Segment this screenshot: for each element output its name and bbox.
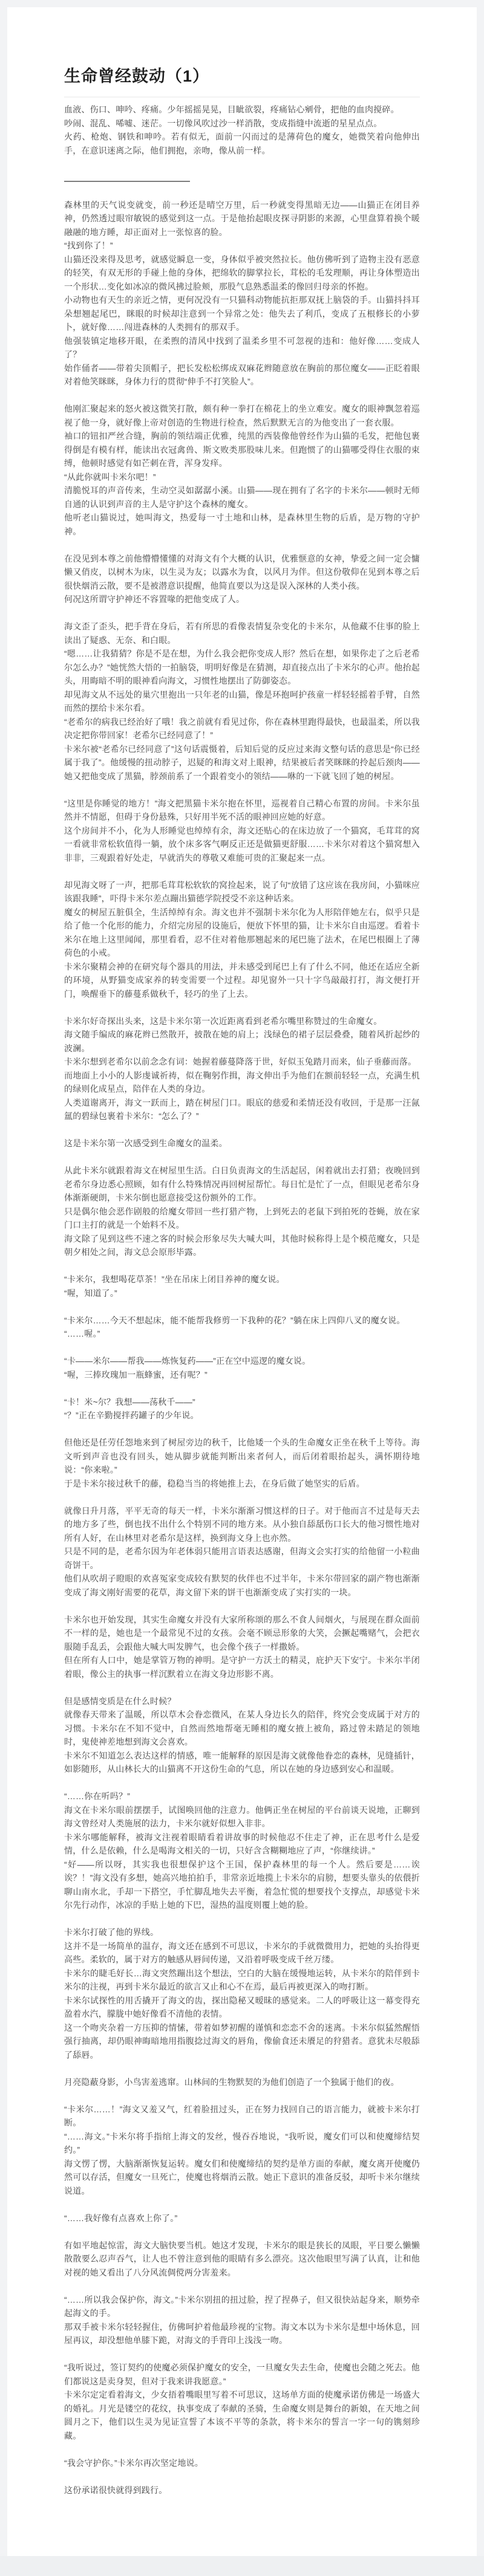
paragraph: 卡米尔的睫毛好长…海文突然蹦出这个想法，空白的大脑在缓慢地运转，从卡米尔的陪伴到… (64, 1967, 420, 1994)
paragraph: “好——所以呀，其实我也很想保护这个王国，保护森林里的每一个人。然后要是……诶诶… (64, 1858, 420, 1912)
paragraph: 月亮隐蔽身影，小鸟害羞逃窜。山林间的生物默契的为他们创造了一个独属于他们的夜。 (64, 2075, 420, 2089)
blank-line (64, 538, 420, 552)
paragraph: 在没见到本尊之前他懵懵懂懂的对海文有个大概的认识，优雅惬意的女神，挚爱之间一定会… (64, 552, 420, 593)
paragraph: 他刚汇聚起来的怒火被这微笑打散，颇有种一拳打在棉花上的坐立难安。魔女的眼神飘忽着… (64, 402, 420, 429)
paragraph: 从此卡米尔就跟着海文在树屋里生活。白日负责海文的生活起居，闲着就出去打猎；夜晚回… (64, 1164, 420, 1205)
blank-line (64, 1300, 420, 1314)
paragraph: 袖口的钮扣严丝合缝，胸前的领结端正优雅，纯黑的西装像他曾经作为山猫的毛发，把他包… (64, 429, 420, 470)
paragraph: “卡米尔……今天不想起床，能不能帮我修剪一下我种的花？”躺在床上四仰八叉的魔女说… (64, 1314, 420, 1328)
paragraph: 海文愣了愣，大脑渐渐恢复运转。魔女们和使魔缔结的契约是单方面的奉献，魔女离开使魔… (64, 2157, 420, 2198)
paragraph: “卡——米尔——帮我——炼恢复药——”正在空中巡逻的魔女说。 (64, 1354, 420, 1368)
paragraph: “喔，知道了。” (64, 1286, 420, 1300)
paragraph: 人类道谢离开，海文一跃而上，踏在树屋门口。眼底的慈爱和柔情还没有收回，于是那一汪… (64, 1096, 420, 1123)
paragraph: 卡米尔哪能解释，被海文注视着眼睛看着讲故事的时候他忍不住走了神，正在思考什么是爱… (64, 1831, 420, 1858)
section-separator (64, 171, 420, 185)
paragraph: 但是感情变质是在什么时候？ (64, 1695, 420, 1708)
paragraph: “……喔。” (64, 1327, 420, 1341)
paragraph: 就像春天带来了温暖，所以草木会眷恋微风，在某人身边长久的陪伴，终究会变成属于对方… (64, 1708, 420, 1749)
blank-line (64, 1341, 420, 1355)
paragraph: 有如平地起惊雷，海文大脑快要当机。她这才发现，卡米尔的眼是狭长的凤眼，平日要么懒… (64, 2239, 420, 2280)
paragraph: 卡米尔打破了他的界线。 (64, 1926, 420, 1939)
paragraph: “卡米尔，我想喝花草茶！”坐在吊床上闭目养神的魔女说。 (64, 1273, 420, 1286)
paragraph: 这是卡米尔第一次感受到生命魔女的温柔。 (64, 1137, 420, 1150)
paragraph: 森林里的天气说变就变，前一秒还是晴空万里，后一秒就变得黑暗无边——山猫正在闭目养… (64, 198, 420, 239)
paragraph: 这并不是一场简单的温存，海文还在感到不可思议，卡米尔的手就微微用力，把她的头抬得… (64, 1939, 420, 1967)
paragraph: 只是不同的是，老希尔因为年老体弱只能用言语表达感谢，但海文会实打实的给他留一小粒… (64, 1545, 420, 1572)
paragraph: 卡米尔想到老希尔以前念念有词：她握着藤蔓降落于世，好似玉兔踏月而来，仙子垂藤而落… (64, 1055, 420, 1069)
blank-line (64, 1150, 420, 1164)
paragraph: 但在所有人口中，她是掌管万物的神明。是守护一方沃土的精灵，庇护天下安宁。卡米尔半… (64, 1653, 420, 1681)
separator-rule (64, 181, 190, 182)
paragraph: 山猫还没来得及思考，就感觉瞬息一变，身体似乎被突然拉长。他仿佛听到了造物主没有恶… (64, 253, 420, 294)
paragraph: 火药、枪炮、钢铁和呻吟。若有似无，面前一闪而过的是薄荷色的魔女，她微笑着向他伸出… (64, 130, 420, 157)
paragraph: 海文随手编成的麻花辫已然散开，披散在她的肩上；浅绿色的裙子层层叠叠，随着风折起纱… (64, 1028, 420, 1055)
paragraph: 卡米尔也开始发现，其实生命魔女并没有大家所称颂的那么不食人间烟火，与展现在群众面… (64, 1613, 420, 1654)
paragraph: 卡米尔不知道怎么表达这样的情感，唯一能解释的原因是海文就像他眷恋的森林，见缝插针… (64, 1749, 420, 1776)
paragraph: 血液、伤口、呻吟、疼痛。少年摇摇晃晃，目眦欲裂，疼痛钻心剜骨，把他的血肉搅碎。 (64, 103, 420, 117)
paragraph: 他听老山猫说过，她叫海文，热爱每一寸土地和山林，是森林里生物的后盾，是万物的守护… (64, 511, 420, 538)
paragraph: 卡米尔聚精会神的在研究每个器具的用法，并未感受到尾巴上有了什么不同，他还在适应全… (64, 960, 420, 1001)
paragraph: “卡！米~尔？我想——荡秋千——” (64, 1395, 420, 1409)
page-title: 生命曾经鼓动（1） (64, 65, 420, 87)
blank-line (64, 2347, 420, 2361)
blank-line (64, 2470, 420, 2484)
paragraph: 只是偶尔他会恶作剧般的给魔女带回一些打猎产物，上到死去的老鼠下到拍死的苍蝇，放在… (64, 1205, 420, 1232)
paragraph: 就像日升月落，平平无奇的每天一样，卡米尔渐渐习惯这样的日子。对于他而言不过是每天… (64, 1504, 420, 1545)
title-divider (64, 97, 420, 97)
paragraph: 始作俑者——带着尖顶帽子，把长发松松绑成双麻花辫随意放在胸前的那位魔女——正眨着… (64, 362, 420, 389)
blank-line (64, 1381, 420, 1395)
paragraph: 魔女的树屋五脏俱全，生活绰绰有余。海文也并不强制卡米尔化为人形陪伴她左右，似乎只… (64, 906, 420, 960)
blank-line (64, 1776, 420, 1790)
blank-line (64, 1599, 420, 1613)
paragraph: 于是卡米尔接过秋千的藤，稳稳当当的将她推上去，在身后做了她坚实的后盾。 (64, 1477, 420, 1491)
paragraph: 卡米尔好奇探出头来，这是卡米尔第一次近距离看到老希尔嘴里称赞过的生命魔女。 (64, 1014, 420, 1028)
paragraph: 却见海文从不远处的巢穴里抱出一只年老的山猫，像是环抱呵护孩童一样轻轻摇着手臂，自… (64, 688, 420, 715)
paragraph: 何况这所谓守护神还不容置喙的把他变成了人。 (64, 592, 420, 606)
paragraph: 吵闹、混乱、唏嘘、迷茫。一切像风吹过沙一样消散，变成指缝中流逝的星星点点。 (64, 117, 420, 131)
blank-line (64, 783, 420, 797)
blank-line (64, 1001, 420, 1014)
paragraph: 卡米尔定定看着海文，少女捂着嘴眼里写着不可思议，这场单方面的使魔承诺仿佛是一场盛… (64, 2388, 420, 2442)
paragraph: 小动物也有天生的亲近之情，更何况没有一只猫科动物能抗拒那双抚上脑袋的手。山猫抖抖… (64, 293, 420, 334)
blank-line (64, 865, 420, 878)
content-card: 生命曾经鼓动（1） 血液、伤口、呻吟、疼痛。少年摇摇晃晃，目眦欲裂，疼痛钻心剜骨… (7, 7, 477, 2556)
blank-line (64, 1681, 420, 1695)
paragraph: 这个房间并不小，化为人形睡觉也绰绰有余，海文还贴心的在床边放了一个猫窝，毛茸茸的… (64, 824, 420, 865)
paragraph: 海文除了见到这些不速之客的时候会形象尽失大喊大叫，其他时候称得上是个模范魔女，只… (64, 1232, 420, 1259)
paragraph: 却见海文呀了一声，把那毛茸茸松软软的窝捡起来，说了句“放错了这应该在我房间，小猫… (64, 878, 420, 906)
paragraph: 卡米尔被“老希尔已经同意了”这句话震慑着，后知后觉的反应过来海文整句话的意思是“… (64, 742, 420, 784)
paragraph: “从此你就叫卡米尔吧！” (64, 470, 420, 484)
paragraph: “这里是你睡觉的地方！”海文把黑猫卡米尔抱在怀里，巡视着自己精心布置的房间。卡米… (64, 797, 420, 824)
page: 生命曾经鼓动（1） 血液、伤口、呻吟、疼痛。少年摇摇晃晃，目眦欲裂，疼痛钻心剜骨… (0, 0, 484, 2576)
paragraph: “喔，三捧玫瑰加一瓶蜂蜜，还有呢？” (64, 1368, 420, 1382)
paragraph: “？”正在辛勤搅拌药罐子的少年说。 (64, 1409, 420, 1423)
paragraph: 他强装镇定地移开眼，在柔煦的清风中找到了温柔乡里不可忽视的违和：他好像……变成人… (64, 334, 420, 362)
paragraph: 而地面上小小的人影虔诚祈祷，似在鞠躬作揖，海文伸出手为他们在额前轻轻一点，充满生… (64, 1069, 420, 1096)
paragraph: 那双手被卡米尔轻轻握住，仿佛呵护着他最珍视的宝物。海文本以为卡米尔是想中场休息，… (64, 2320, 420, 2347)
blank-line (64, 2198, 420, 2211)
paragraph: “找到你了！” (64, 239, 420, 253)
paragraph: “……我好像有点喜欢上你了。” (64, 2211, 420, 2225)
paragraph: 海文歪了歪头，把手背在身后，若有所思的看像表情复杂变化的卡米尔，从他藏不住事的脸… (64, 620, 420, 647)
blank-line (64, 2089, 420, 2103)
paragraph: “我听说过，签订契约的使魔必须保护魔女的安全，一旦魔女失去生命，使魔也会随之死去… (64, 2361, 420, 2388)
blank-line (64, 1259, 420, 1273)
footer-band (0, 2556, 484, 2576)
blank-line (64, 184, 420, 198)
blank-line (64, 1490, 420, 1504)
paragraph: 他们从吹胡子瞪眼的欢喜冤家变成较有默契的伙伴也不过半年，卡米尔带回家的副产物也渐… (64, 1572, 420, 1599)
blank-line (64, 2279, 420, 2293)
paragraph: 清脆悦耳的声音传来，生动空灵如潺潺小溪。山猫——现在拥有了名字的卡米尔——顿时无… (64, 484, 420, 511)
paragraph: “……你在听吗？” (64, 1789, 420, 1803)
blank-line (64, 1423, 420, 1436)
paragraph: 海文在卡米尔眼前摆摆手，试图唤回他的注意力。他俩正坐在树屋的平台前谈天说地，正聊… (64, 1803, 420, 1831)
paragraph: 但他还是任劳任怨地来到了树屋旁边的秋千，比他矮一个头的生命魔女正坐在秋千上等待。… (64, 1436, 420, 1477)
blank-line (64, 1123, 420, 1137)
paragraph: 卡米尔试探性的用舌撬开了海文的齿，探出隐秘又暧昧的感觉来。二人的呼吸让这一幕变得… (64, 1994, 420, 2021)
blank-line (64, 157, 420, 171)
paragraph: 这一个吻夹杂着一方压抑的情愫，带着如梦初醒的谨慎和恋恋不舍的迷离。卡米尔似猛然醒… (64, 2021, 420, 2062)
paragraph: “卡米尔……！”海文又羞又气，红着脸扭过头，正在努力找回自己的语言能力，就被卡米… (64, 2103, 420, 2130)
paragraph: “嗯……让我猜猜？你是不是在想，为什么我会把你变成人形？然后在想，如果你走了之后… (64, 647, 420, 688)
paragraph: “我会守护你。”卡米尔再次坚定地说。 (64, 2456, 420, 2470)
blank-line (64, 389, 420, 403)
paragraph: “老希尔的病我已经治好了哦！我之前就有看见过你，你在森林里跑得最快，也最温柔，所… (64, 715, 420, 742)
blank-line (64, 606, 420, 620)
paragraph: “……所以我会保护你，海文。”卡米尔别扭的扭过脸，捏了捏鼻子，但又很快站起身来，… (64, 2293, 420, 2320)
blank-line (64, 2442, 420, 2456)
article-body: 血液、伤口、呻吟、疼痛。少年摇摇晃晃，目眦欲裂，疼痛钻心剜骨，把他的血肉搅碎。吵… (64, 103, 420, 2497)
paragraph: “……海文。”卡米尔将手指绾上海文的发丝，慢吞吞地说，“我听说，魔女们可以和使魔… (64, 2130, 420, 2157)
blank-line (64, 2225, 420, 2239)
blank-line (64, 2062, 420, 2075)
blank-line (64, 1912, 420, 1926)
paragraph: 这份承诺很快就得到践行。 (64, 2484, 420, 2497)
